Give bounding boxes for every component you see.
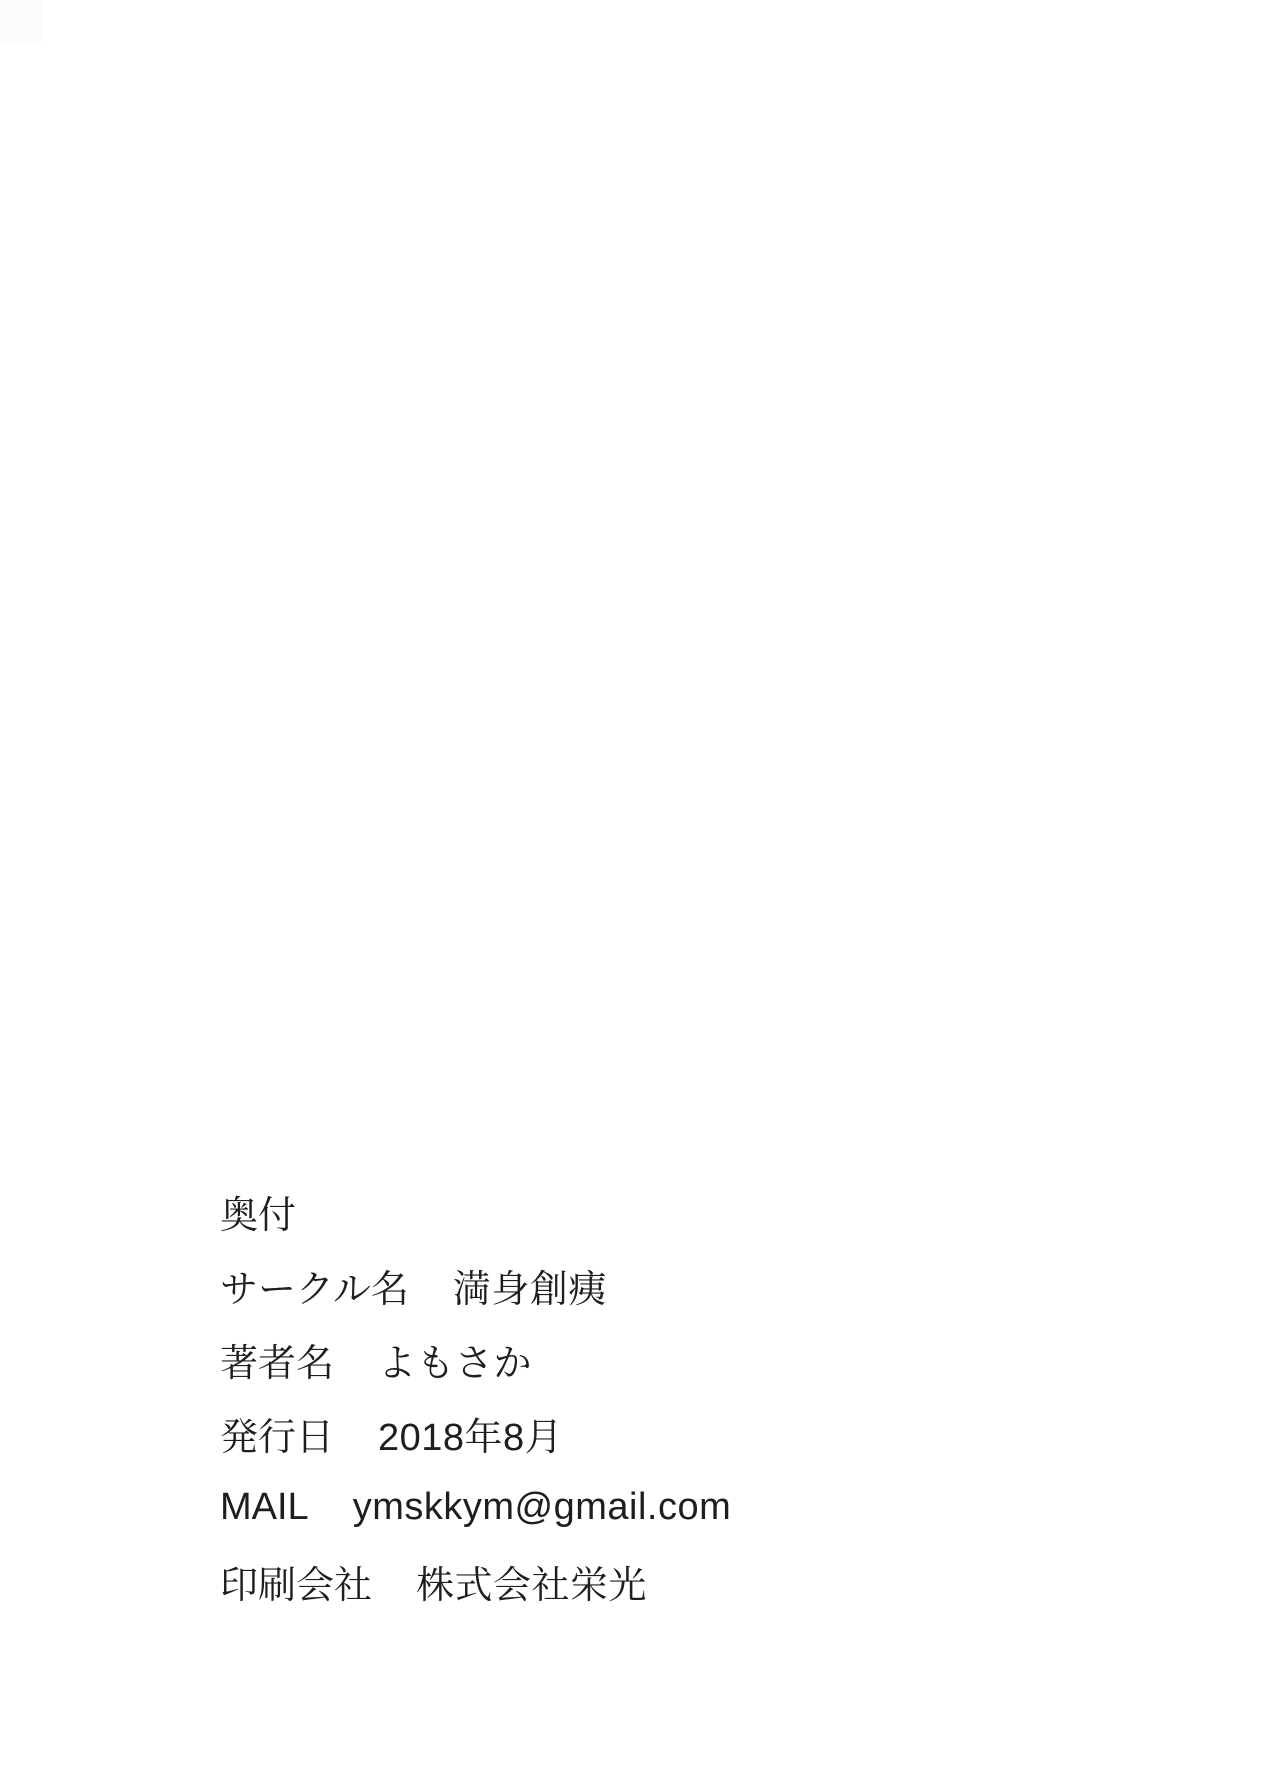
mail-address: ymskkym@gmail.com bbox=[353, 1486, 732, 1529]
printing-company-label: 印刷会社 bbox=[220, 1554, 372, 1609]
publication-date-label: 発行日 bbox=[220, 1406, 334, 1461]
publication-date-row: 発行日 2018年8月 bbox=[220, 1396, 731, 1470]
author-name-label: 著者名 bbox=[220, 1332, 334, 1387]
colophon-block: 奥付 サークル名 満身創痍 著者名 よもさか 発行日 2018年8月 MAIL … bbox=[220, 1174, 731, 1618]
scan-artifact bbox=[0, 0, 42, 46]
mail-row: MAIL ymskkym@gmail.com bbox=[220, 1470, 731, 1544]
circle-name-row: サークル名 満身創痍 bbox=[220, 1248, 731, 1322]
page-title: 奥付 bbox=[220, 1184, 296, 1239]
circle-name-value: 満身創痍 bbox=[453, 1258, 607, 1313]
printing-company-value: 株式会社栄光 bbox=[416, 1554, 647, 1609]
author-name-value: よもさか bbox=[378, 1332, 532, 1387]
mail-label: MAIL bbox=[220, 1486, 309, 1529]
author-name-row: 著者名 よもさか bbox=[220, 1322, 731, 1396]
publication-date-value: 2018年8月 bbox=[378, 1406, 563, 1461]
colophon-title-line: 奥付 bbox=[220, 1174, 731, 1248]
circle-name-label: サークル名 bbox=[220, 1258, 409, 1313]
colophon-page: 奥付 サークル名 満身創痍 著者名 よもさか 発行日 2018年8月 MAIL … bbox=[0, 0, 1280, 1772]
printing-company-row: 印刷会社 株式会社栄光 bbox=[220, 1544, 731, 1618]
